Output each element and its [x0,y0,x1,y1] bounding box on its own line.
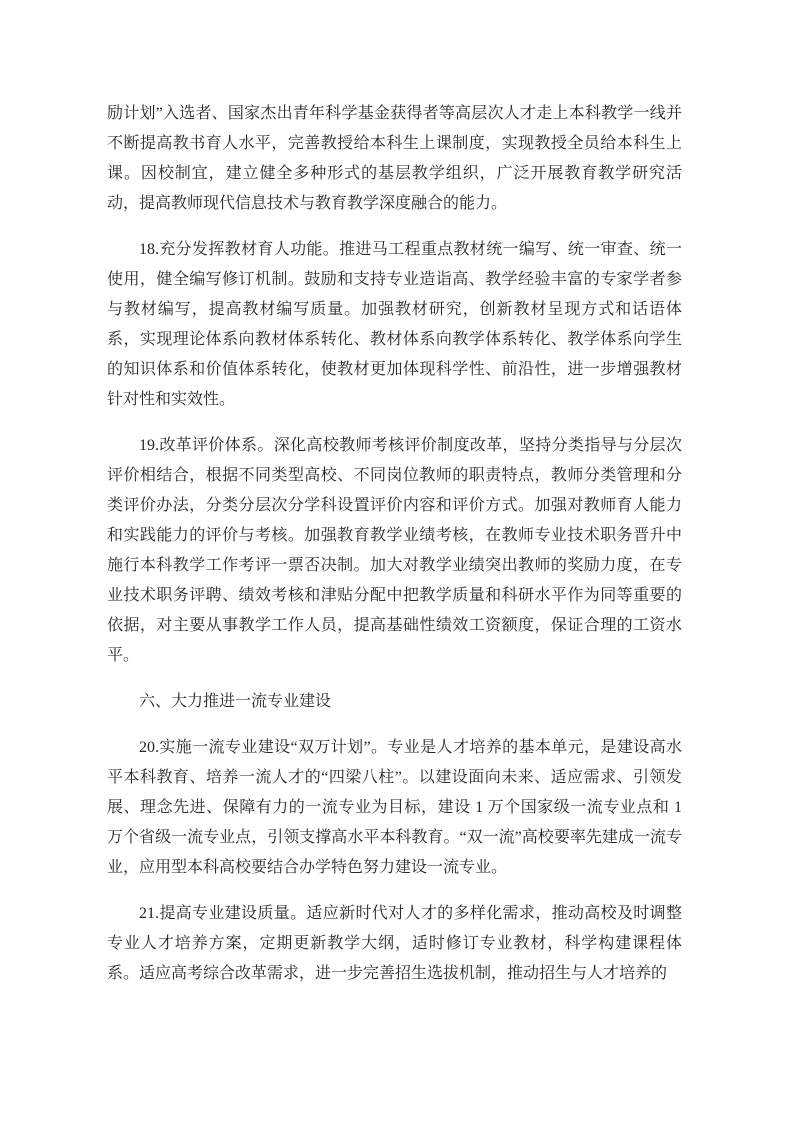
document-page: 励计划”入选者、国家杰出青年科学基金获得者等高层次人才走上本科教学一线并不断提高… [0,0,793,1122]
paragraph-continuation: 励计划”入选者、国家杰出青年科学基金获得者等高层次人才走上本科教学一线并不断提高… [107,99,682,219]
text-block: 励计划”入选者、国家杰出青年科学基金获得者等高层次人才走上本科教学一线并不断提高… [107,99,682,989]
paragraph-item-20: 20.实施一流专业建设“双万计划”。专业是人才培养的基本单元，是建设高水平本科教… [107,733,682,883]
paragraph-item-21: 21.提高专业建设质量。适应新时代对人才的多样化需求，推动高校及时调整专业人才培… [107,899,682,989]
paragraph-item-19: 19.改革评价体系。深化高校教师考核评价制度改革，坚持分类指导与分层次评价相结合… [107,431,682,671]
paragraph-item-18: 18.充分发挥教材育人功能。推进马工程重点教材统一编写、统一审查、统一使用，健全… [107,235,682,415]
section-heading-6: 六、大力推进一流专业建设 [107,687,682,717]
